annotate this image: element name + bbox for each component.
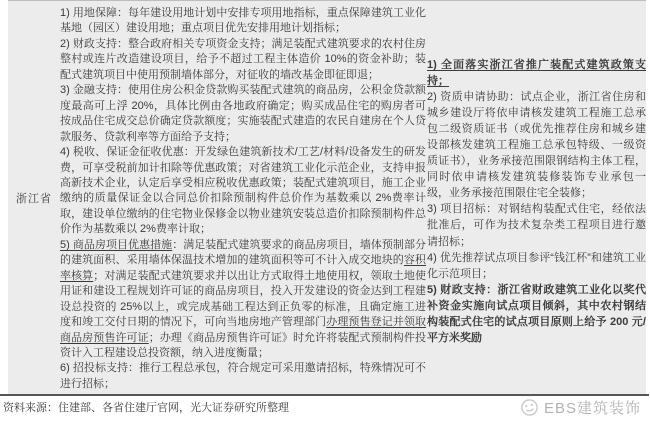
pilot-item-fiscal: 5) 财政支持：浙江省财政建筑工业化以奖代补资金实施向试点项目倾斜，其中农村钢结… bbox=[427, 282, 646, 346]
policy-item-land: 1) 用地保障：每年建设用地计划中安排专项用地指标，重点保障建筑工业化基地（园区… bbox=[60, 6, 426, 37]
policy-item-text: 3) 金融支持：使用住房公积金贷款购买装配式建筑的商品房，公积金贷款额度最高可上… bbox=[60, 84, 426, 142]
pilot-item-overall: 1) 全面落实浙江省推广装配式建筑政策支持； bbox=[427, 57, 646, 89]
brand-logo: EBS建筑装饰 bbox=[520, 397, 641, 418]
report-page: { "table": { "province": "浙江省", "policy_… bbox=[0, 0, 650, 424]
policy-item-text: 4) 税收、保证金征收优惠：开发绿色建筑新技术/工艺/材料/设备发生的研发费，可… bbox=[60, 146, 426, 235]
policy-item-commodity-housing: 5) 商品房项目优惠措施：满足装配式建筑要求的商品房项目，墙体预制部分的建筑面积… bbox=[60, 238, 426, 362]
policy-table: 浙江省 1) 用地保障：每年建设用地计划中安排专项用地指标，重点保障建筑工业化基… bbox=[8, 0, 646, 394]
wechat-smiley-icon bbox=[518, 396, 541, 419]
policy-item-fiscal: 2) 财政支持：整合政府相关专项资金支持；满足装配式建筑要求的农村住房整村或连片… bbox=[60, 37, 426, 83]
policy-item-text-underlined: 5) 商品房项目优惠措施 bbox=[60, 239, 172, 251]
policy-item-text: 1) 用地保障：每年建设用地计划中安排专项用地指标，重点保障建筑工业化基地（园区… bbox=[60, 7, 426, 34]
pilot-item-text: 3) 项目招标：对钢结构装配式住宅，经依法批准后，可作为技术复杂类工程项目进行邀… bbox=[427, 203, 646, 247]
province-cell: 浙江省 bbox=[8, 1, 60, 394]
policy-item-finance: 3) 金融支持：使用住房公积金贷款购买装配式建筑的商品房，公积金贷款额度最高可上… bbox=[60, 83, 426, 145]
policy-item-text: 2) 财政支持：整合政府相关专项资金支持；满足装配式建筑要求的农村住房整村或连片… bbox=[60, 38, 426, 81]
pilot-item-text: 4) 优先推荐试点项目参评“钱江杯”和建筑工业化示范项目； bbox=[427, 252, 646, 280]
pilot-item-award: 4) 优先推荐试点项目参评“钱江杯”和建筑工业化示范项目； bbox=[427, 250, 646, 282]
pilot-item-text-bold-underlined: 1) 全面落实浙江省推广装配式建筑政策支持； bbox=[427, 59, 646, 87]
policy-support-column: 1) 用地保障：每年建设用地计划中安排专项用地指标，重点保障建筑工业化基地（园区… bbox=[60, 6, 426, 392]
policy-item-text: 6) 招投标支持：推行工程总承包，符合规定可采用邀请招标，特殊情况可不进行招标； bbox=[60, 362, 426, 389]
table-bottom-rule bbox=[0, 394, 649, 396]
pilot-item-qualification: 2) 资质申请协助：试点企业，浙江省住房和城乡建设厅将依申请核发建筑工程施工总承… bbox=[427, 89, 646, 201]
policy-item-tax: 4) 税收、保证金征收优惠：开发绿色建筑新技术/工艺/材料/设备发生的研发费，可… bbox=[60, 145, 426, 238]
policy-table-figure: 浙江省 1) 用地保障：每年建设用地计划中安排专项用地指标，重点保障建筑工业化基… bbox=[0, 0, 650, 424]
pilot-support-column: 1) 全面落实浙江省推广装配式建筑政策支持； 2) 资质申请协助：试点企业，浙江… bbox=[427, 57, 646, 346]
source-note: 资料来源：住建部、各省住建厅官网，光大证券研究所整理 bbox=[3, 399, 289, 415]
pilot-item-project-bidding: 3) 项目招标：对钢结构装配式住宅，经依法批准后，可作为技术复杂类工程项目进行邀… bbox=[427, 201, 646, 249]
pilot-item-text-bold: 5) 财政支持：浙江省财政建筑工业化以奖代补资金实施向试点项目倾斜，其中农村钢结… bbox=[427, 284, 646, 344]
province-label: 浙江省 bbox=[16, 190, 52, 206]
policy-item-bidding: 6) 招投标支持：推行工程总承包，符合规定可采用邀请招标，特殊情况可不进行招标； bbox=[60, 361, 426, 392]
pilot-item-text: 2) 资质申请协助：试点企业，浙江省住房和城乡建设厅将依申请核发建筑工程施工总承… bbox=[427, 91, 646, 199]
brand-logo-text: EBS建筑装饰 bbox=[544, 397, 641, 418]
